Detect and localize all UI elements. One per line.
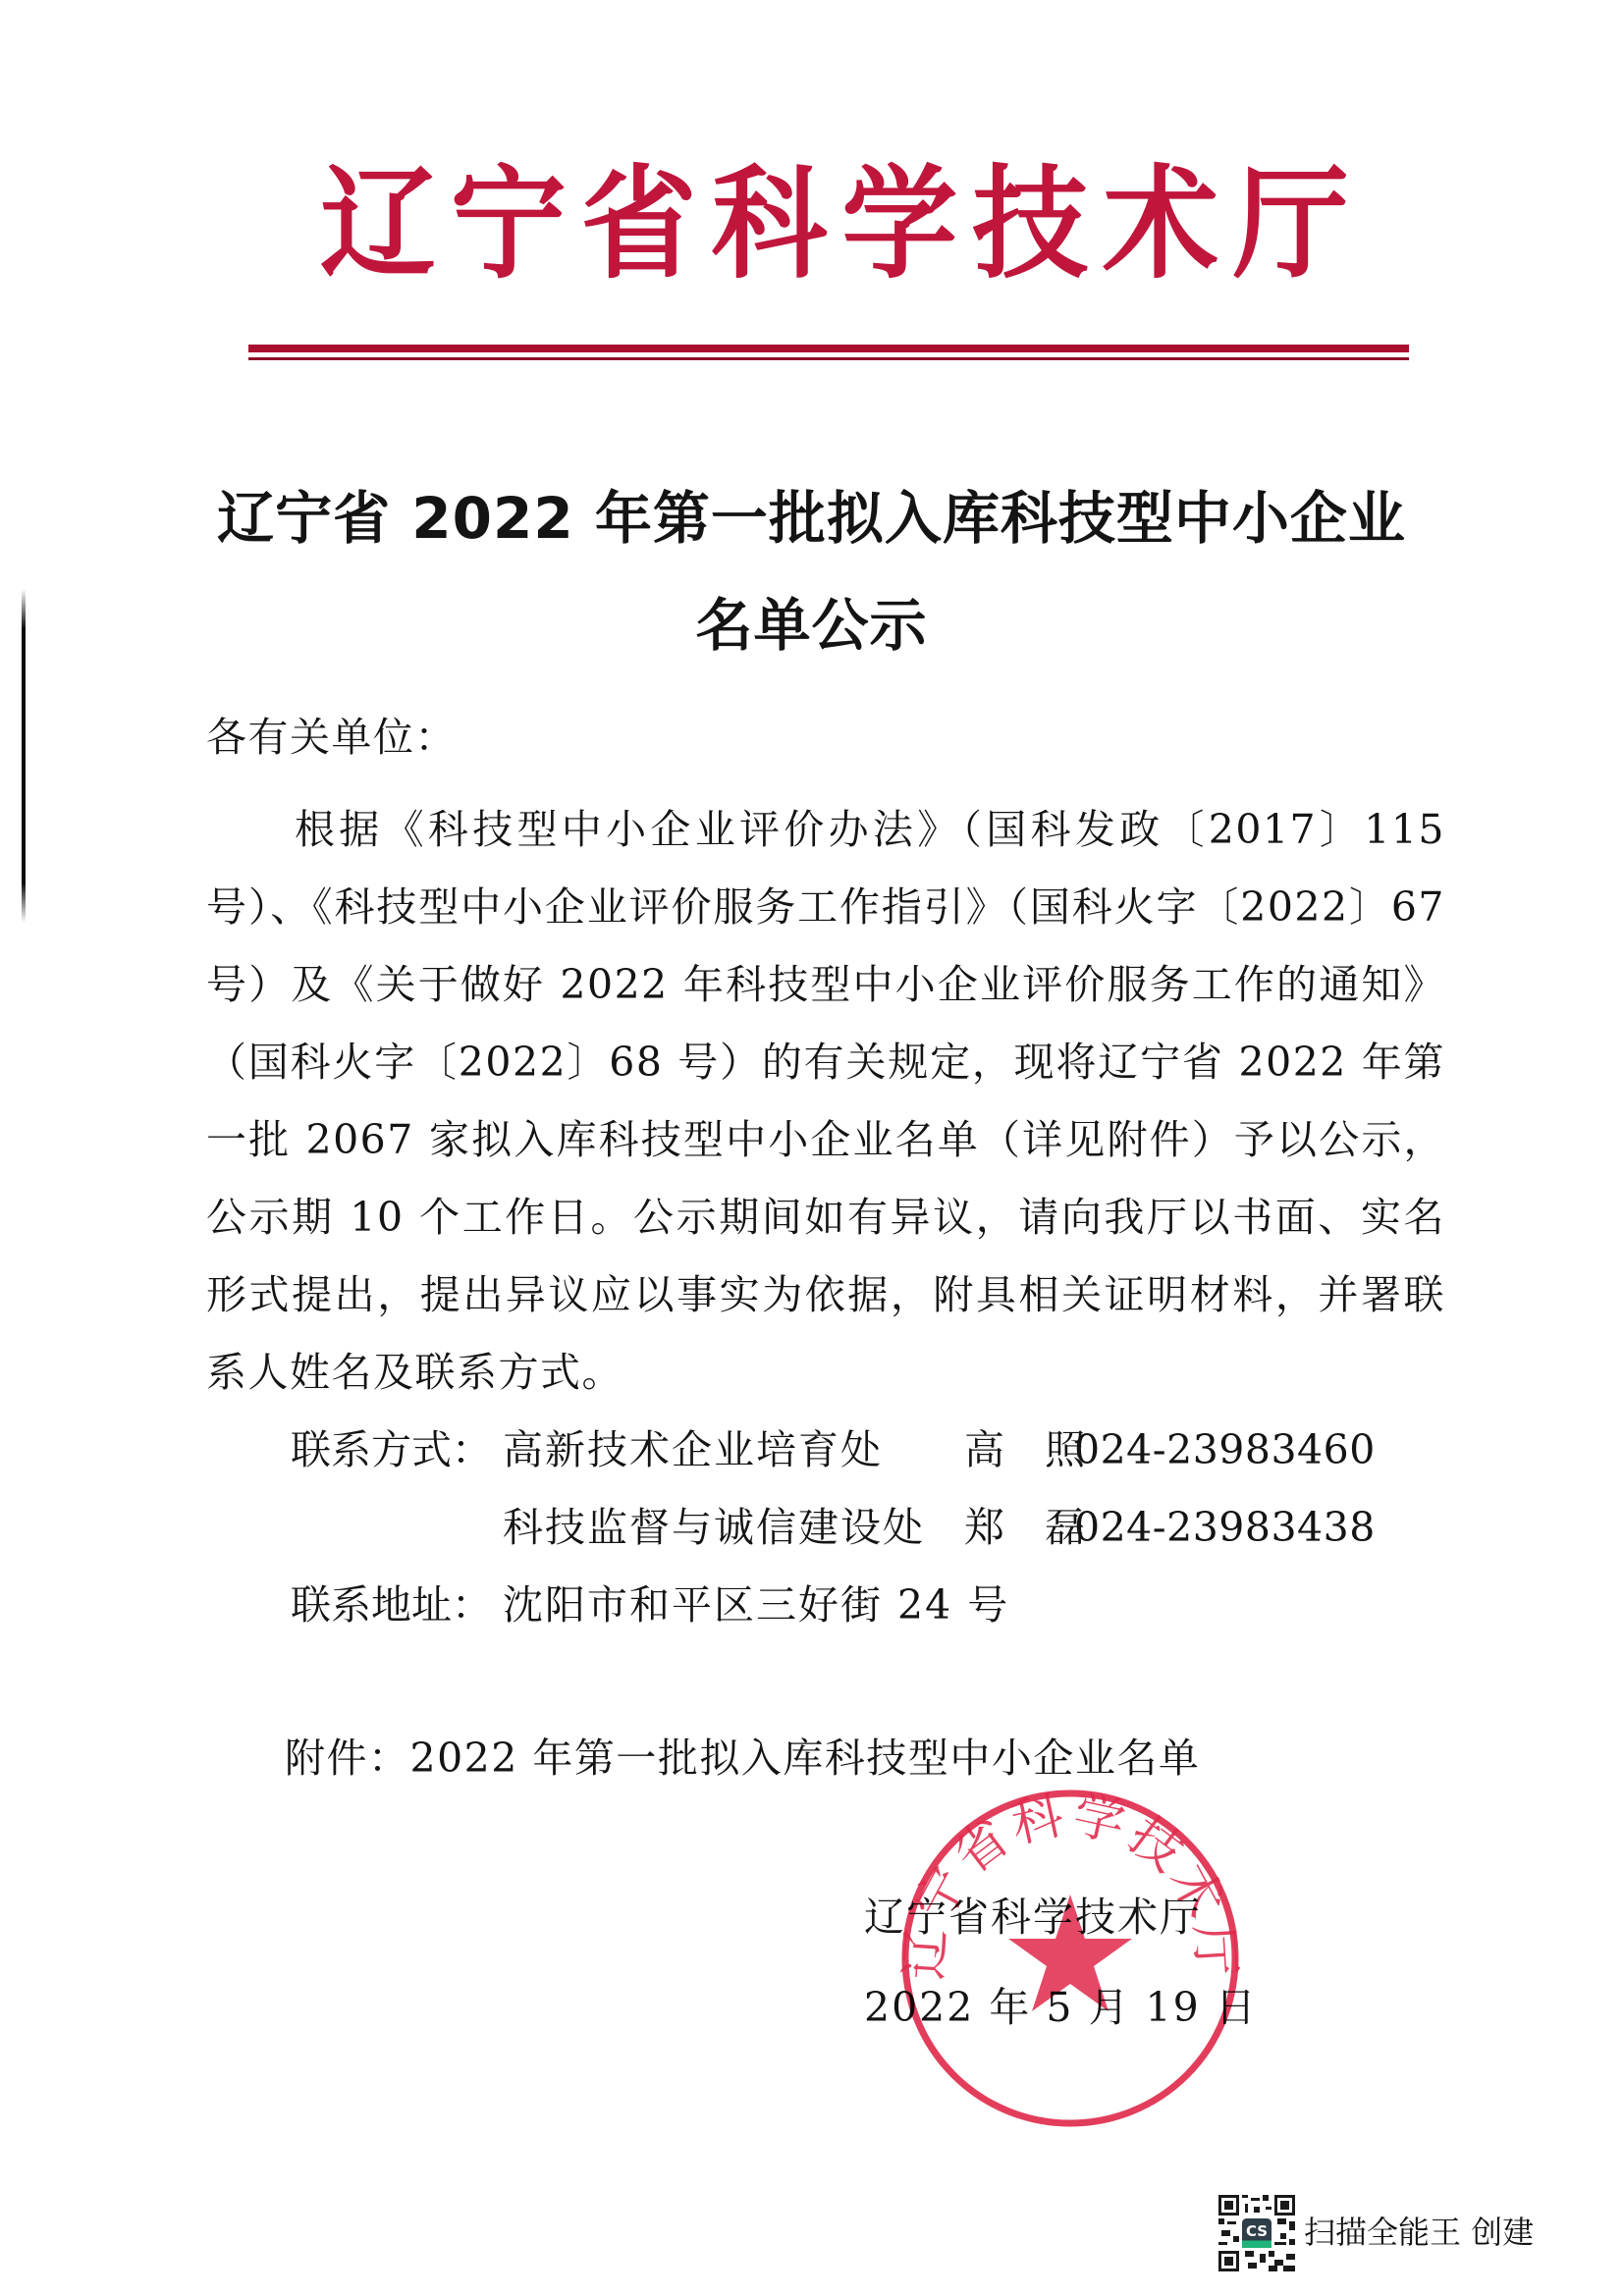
letterhead: 辽 宁 省 科 学 技 术 厅: [314, 155, 1355, 293]
qr-code-icon: CS: [1218, 2195, 1295, 2271]
letterhead-char: 学: [836, 152, 963, 296]
document-title-line-1: 辽宁省 2022 年第一批拟入库科技型中小企业: [0, 479, 1623, 558]
letterhead-char: 省: [575, 152, 703, 296]
letterhead-char: 宁: [445, 152, 572, 296]
contact-row: 联系方式： 高新技术企业培育处 高 照 024-23983460: [291, 1412, 1420, 1489]
contact-name: 高 照: [964, 1412, 1074, 1489]
letterhead-char: 科: [706, 152, 834, 296]
letterhead-rule-thin: [248, 357, 1409, 360]
address-value: 沈阳市和平区三好街 24 号: [503, 1567, 1009, 1644]
contact-phone: 024-23983460: [1074, 1412, 1376, 1489]
contact-label: 联系方式：: [291, 1412, 503, 1489]
address-label: 联系地址：: [291, 1567, 503, 1644]
contact-dept: 高新技术企业培育处: [503, 1412, 964, 1489]
letterhead-char: 技: [966, 152, 1094, 296]
body-paragraph: 根据《科技型中小企业评价办法》（国科发政〔2017〕115号）、《科技型中小企业…: [206, 791, 1445, 1412]
contact-name: 郑 磊: [964, 1489, 1074, 1567]
document-title-line-2: 名单公示: [0, 586, 1623, 665]
scanner-watermark-text: 扫描全能王 创建: [1304, 2209, 1534, 2256]
contact-row: 科技监督与诚信建设处 郑 磊 024-23983438: [291, 1489, 1420, 1567]
letterhead-char: 辽: [314, 152, 442, 296]
official-seal-icon: 辽宁省科学技术厅: [900, 1789, 1240, 2128]
contact-block: 联系方式： 高新技术企业培育处 高 照 024-23983460 科技监督与诚信…: [291, 1412, 1420, 1644]
letterhead-rule-thick: [248, 345, 1409, 352]
address-row: 联系地址： 沈阳市和平区三好街 24 号: [291, 1567, 1420, 1644]
contact-dept: 科技监督与诚信建设处: [503, 1489, 964, 1567]
contact-phone: 024-23983438: [1074, 1489, 1376, 1567]
letterhead-char: 厅: [1227, 152, 1355, 296]
salutation: 各有关单位：: [206, 699, 1445, 776]
letterhead-char: 术: [1097, 152, 1224, 296]
scanner-logo-text: CS: [1246, 2222, 1268, 2240]
attachment-note: 附件：2022 年第一批拟入库科技型中小企业名单: [285, 1720, 1200, 1797]
